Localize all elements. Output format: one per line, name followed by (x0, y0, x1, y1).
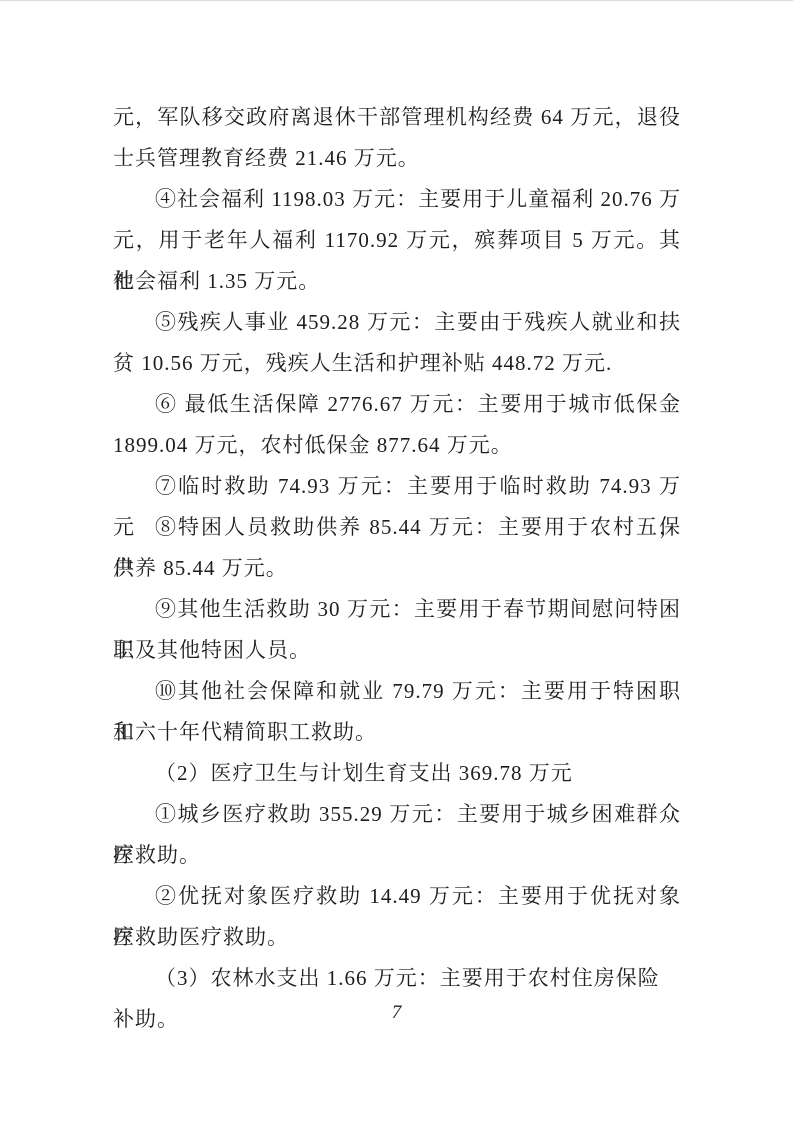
text-line: 供养 85.44 万元。 (113, 548, 681, 589)
paragraph: （3）农林水支出 1.66 万元：主要用于农村住房保险补助。 (113, 958, 681, 999)
paragraph: ②优抚对象医疗救助 14.49 万元：主要用于优抚对象医 疗救助医疗救助。 (113, 876, 681, 958)
text-line: ⑧特困人员救助供养 85.44 万元：主要用于农村五保户 (113, 507, 681, 548)
text-line: ①城乡医疗救助 355.29 万元：主要用于城乡困难群众医 (113, 794, 681, 835)
paragraph: （2）医疗卫生与计划生育支出 369.78 万元 (113, 753, 681, 794)
text-line: ④社会福利 1198.03 万元：主要用于儿童福利 20.76 万 (113, 179, 681, 220)
text-line: ⑤残疾人事业 459.28 万元：主要由于残疾人就业和扶 (113, 302, 681, 343)
text-line: ⑨其他生活救助 30 万元：主要用于春节期间慰问特困职 (113, 589, 681, 630)
paragraph: ⑧特困人员救助供养 85.44 万元：主要用于农村五保户 供养 85.44 万元… (113, 507, 681, 589)
paragraph: ⑥ 最低生活保障 2776.67 万元：主要用于城市低保金 1899.04 万元… (113, 384, 681, 466)
text-block: 元，军队移交政府离退休干部管理机构经费 64 万元，退役 士兵管理教育经费 21… (113, 97, 681, 999)
page-top-edge (0, 0, 793, 1)
text-line: 疗救助医疗救助。 (113, 917, 681, 958)
paragraph: ④社会福利 1198.03 万元：主要用于儿童福利 20.76 万 元，用于老年… (113, 179, 681, 302)
text-line: 元，用于老年人福利 1170.92 万元，殡葬项目 5 万元。其他 (113, 220, 681, 261)
text-line: （3）农林水支出 1.66 万元：主要用于农村住房保险补助。 (113, 958, 681, 999)
text-line: （2）医疗卫生与计划生育支出 369.78 万元 (113, 753, 681, 794)
text-line: ⑦临时救助 74.93 万元：主要用于临时救助 74.93 万元， (113, 466, 681, 507)
paragraph: ⑤残疾人事业 459.28 万元：主要由于残疾人就业和扶 贫 10.56 万元，… (113, 302, 681, 384)
text-line: ②优抚对象医疗救助 14.49 万元：主要用于优抚对象医 (113, 876, 681, 917)
text-line: ⑩其他社会保障和就业 79.79 万元：主要用于特困职工 (113, 671, 681, 712)
paragraph: ⑩其他社会保障和就业 79.79 万元：主要用于特困职工 和六十年代精简职工救助… (113, 671, 681, 753)
text-line: 疗救助。 (113, 835, 681, 876)
text-line: 工及其他特困人员。 (113, 630, 681, 671)
paragraph: ⑨其他生活救助 30 万元：主要用于春节期间慰问特困职 工及其他特困人员。 (113, 589, 681, 671)
paragraph: ⑦临时救助 74.93 万元：主要用于临时救助 74.93 万元， (113, 466, 681, 507)
page-number: 7 (0, 1000, 793, 1026)
paragraph: 元，军队移交政府离退休干部管理机构经费 64 万元，退役 士兵管理教育经费 21… (113, 97, 681, 179)
document-page: 元，军队移交政府离退休干部管理机构经费 64 万元，退役 士兵管理教育经费 21… (0, 0, 793, 1122)
text-line: 士兵管理教育经费 21.46 万元。 (113, 138, 681, 179)
paragraph: ①城乡医疗救助 355.29 万元：主要用于城乡困难群众医 疗救助。 (113, 794, 681, 876)
text-line: ⑥ 最低生活保障 2776.67 万元：主要用于城市低保金 (113, 384, 681, 425)
text-line: 贫 10.56 万元，残疾人生活和护理补贴 448.72 万元. (113, 343, 681, 384)
text-line: 1899.04 万元，农村低保金 877.64 万元。 (113, 425, 681, 466)
text-line: 和六十年代精简职工救助。 (113, 712, 681, 753)
text-line: 社会福利 1.35 万元。 (113, 261, 681, 302)
text-line: 元，军队移交政府离退休干部管理机构经费 64 万元，退役 (113, 97, 681, 138)
